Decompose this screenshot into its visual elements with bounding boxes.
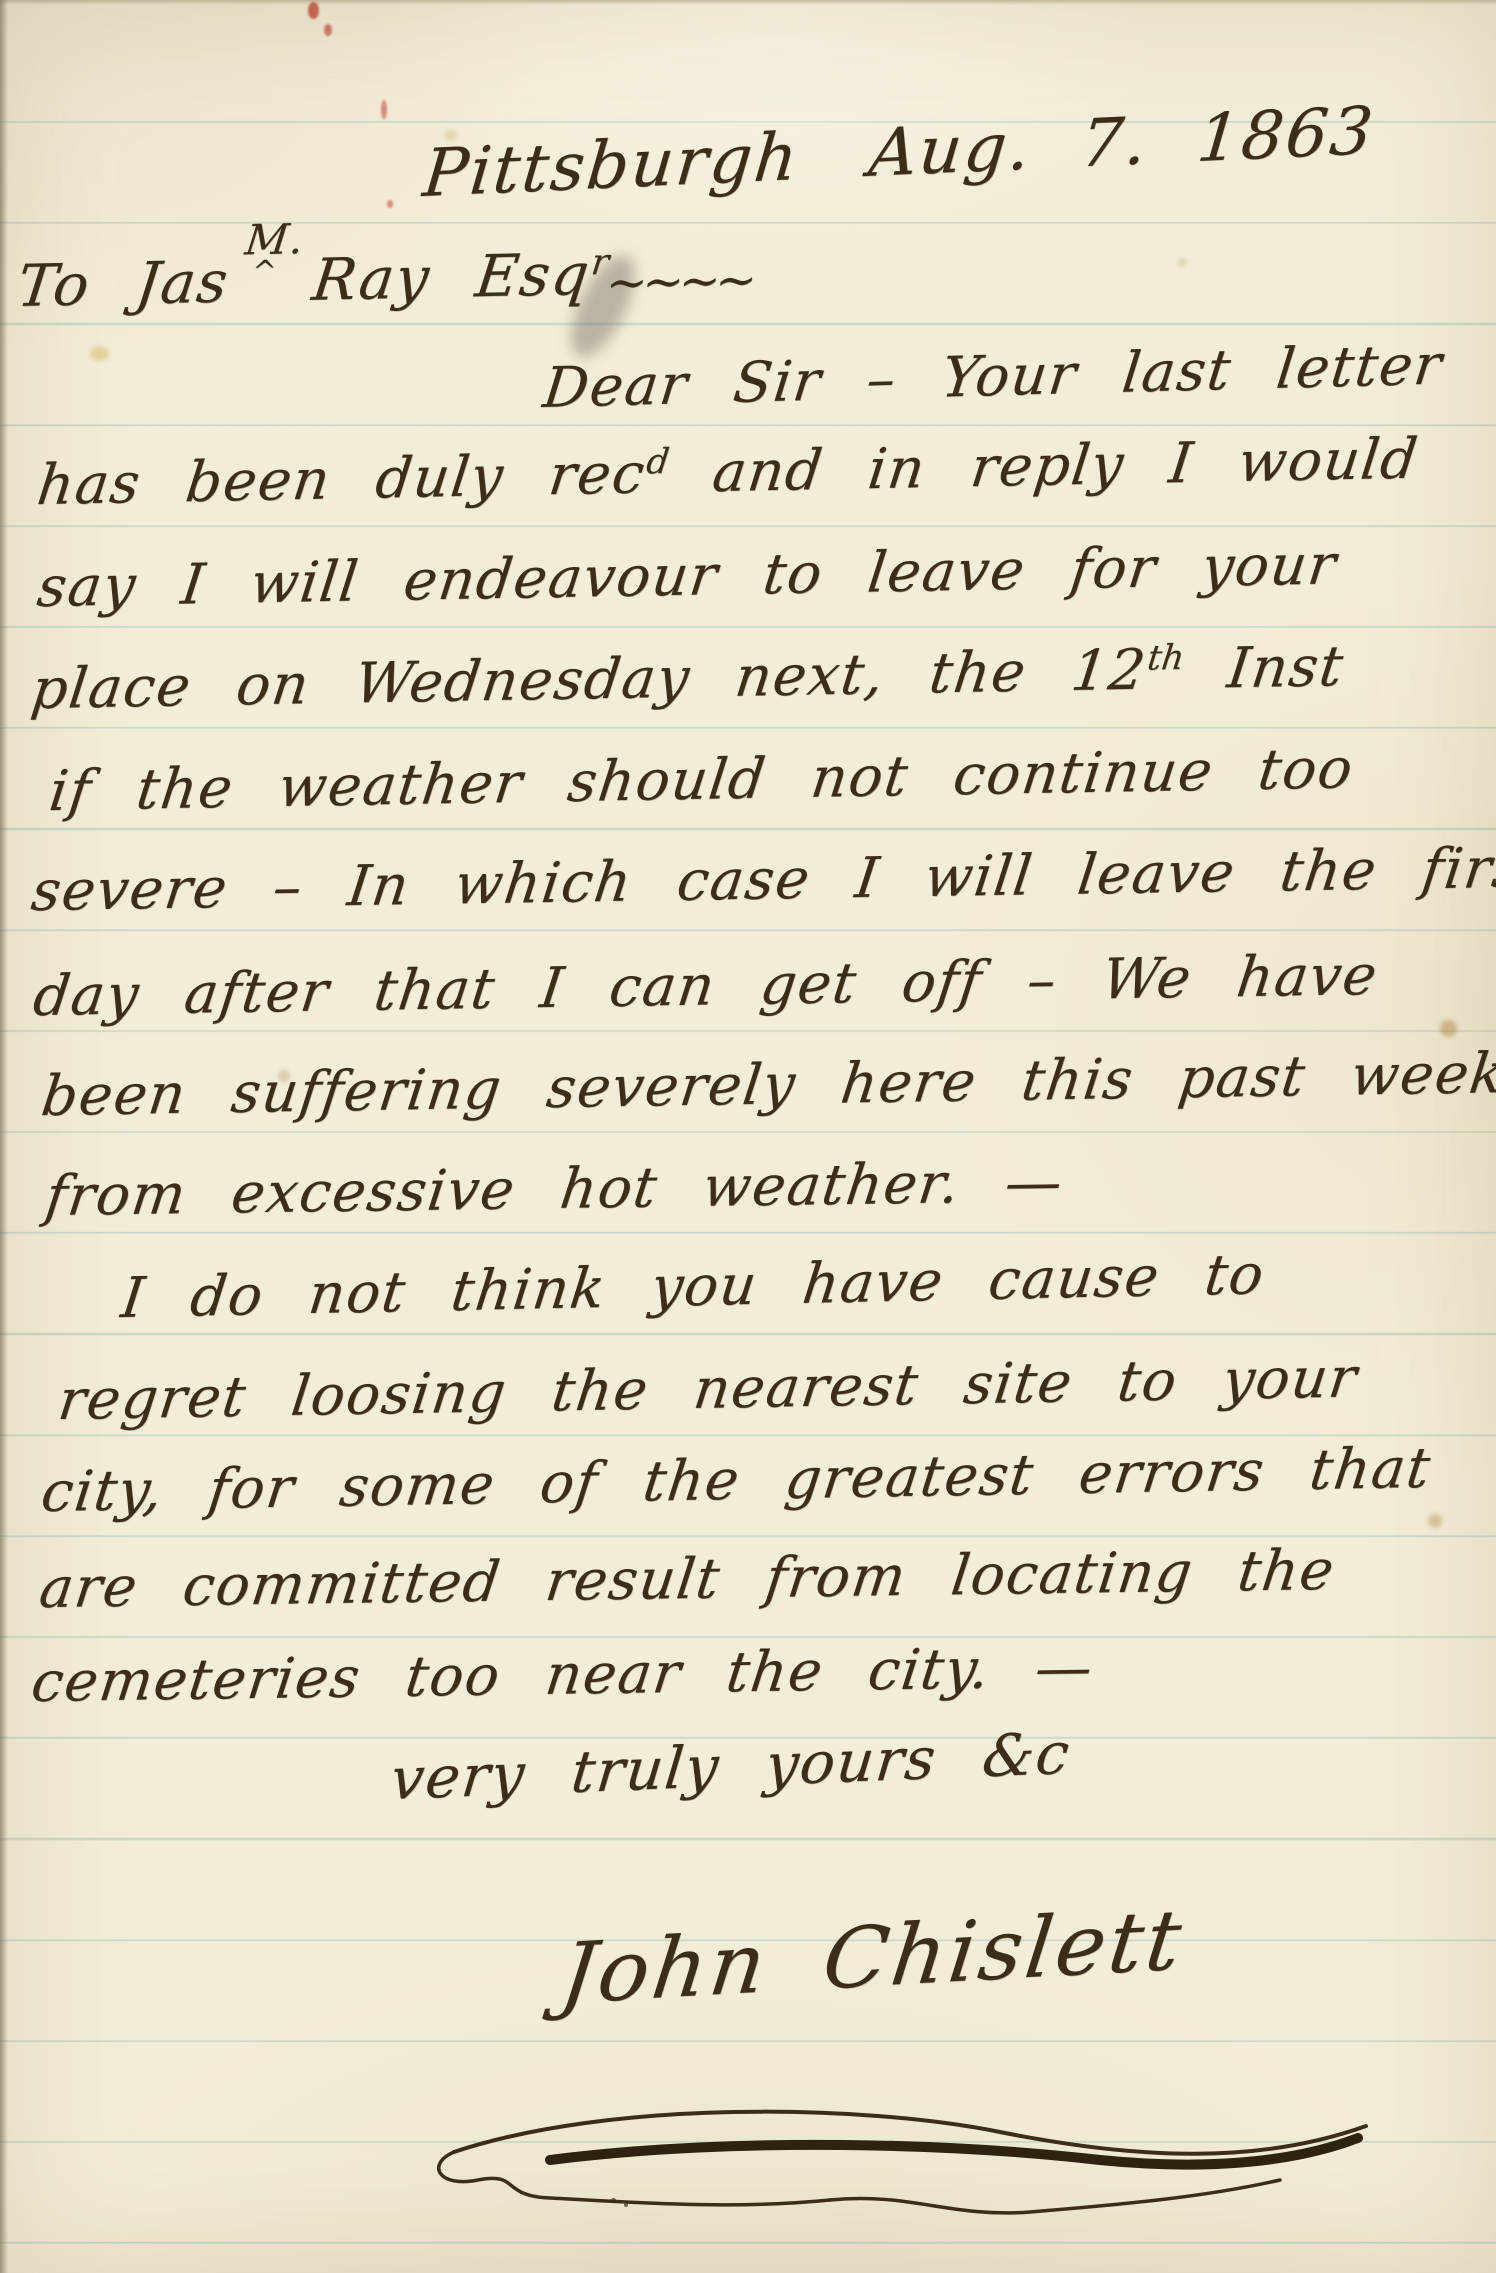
addressee-surname: Ray — [309, 243, 434, 313]
dateline-date: Aug. 7. 1863 — [866, 95, 1378, 190]
body-text: are committed result from locating the — [36, 1538, 1339, 1621]
foxing-spot — [1440, 1020, 1457, 1037]
letter-page: Pittsburgh Aug. 7. 1863 To JasM.^Ray Esq… — [0, 0, 1496, 2273]
addressee-honorific: Esq — [472, 240, 594, 310]
signature-flourish — [430, 2068, 1390, 2238]
dateline: Pittsburgh Aug. 7. 1863 — [420, 95, 1378, 210]
scan-edge-top — [0, 0, 1496, 5]
body-text: from excessive hot weather. — — [42, 1150, 1067, 1229]
body-text: regret loosing the nearest site to your — [55, 1345, 1362, 1433]
body-text: been suffering severely here this past w… — [38, 1041, 1496, 1129]
caret-mark: ^ — [250, 256, 280, 288]
body-line: regret loosing the nearest site to your — [55, 1347, 1361, 1431]
red-mark — [324, 24, 332, 36]
body-text: place on Wednesday next, the 12 — [28, 638, 1150, 722]
body-line: severe – In which case I will leave the … — [28, 837, 1496, 922]
body-text: and in reply I would — [664, 427, 1422, 506]
red-mark — [381, 100, 387, 119]
body-text: if the weather should not continue too — [46, 736, 1357, 824]
body-text: day after that I can get off – We have — [30, 943, 1382, 1029]
body-line: has been duly recd and in reply I would — [34, 429, 1422, 517]
body-text: severe – In which case I will leave the … — [28, 835, 1496, 924]
red-mark — [387, 200, 393, 208]
body-line: if the weather should not continue too — [46, 738, 1357, 822]
body-line: city, for some of the greatest errors th… — [38, 1438, 1435, 1524]
body-line: cemeteries too near the city. — — [28, 1637, 1097, 1713]
body-line: place on Wednesday next, the 12th Inst — [28, 636, 1347, 721]
foxing-spot — [1178, 258, 1187, 267]
body-text: say I will endeavour to leave for your — [34, 532, 1341, 620]
closing-line: very truly yours &c — [388, 1722, 1073, 1812]
body-text: I do not think you have cause to — [118, 1242, 1269, 1331]
body-line: been suffering severely here this past w… — [38, 1043, 1496, 1128]
dateline-place: Pittsburgh — [420, 121, 802, 210]
addressee-to: To Jas — [14, 248, 233, 320]
foxing-spot — [1428, 1514, 1442, 1528]
body-text: has been duly rec — [34, 441, 649, 518]
body-line: day after that I can get off – We have — [30, 945, 1382, 1028]
addressee-line: To JasM.^Ray Esqr~~~~ — [14, 233, 758, 319]
body-line: I do not think you have cause to — [118, 1244, 1268, 1330]
scan-edge-left — [0, 0, 8, 2273]
salutation-line: Dear Sir – Your last letter — [540, 335, 1446, 420]
body-text: cemeteries too near the city. — — [28, 1635, 1097, 1715]
body-line: are committed result from locating the — [36, 1540, 1339, 1620]
body-text: Inst — [1179, 634, 1348, 702]
signature: John Chislett — [556, 1894, 1189, 2021]
flourish-squiggle: ~~~~ — [603, 251, 756, 312]
superscript: th — [1145, 638, 1186, 679]
foxing-spot — [90, 346, 109, 361]
body-text: city, for some of the greatest errors th… — [38, 1436, 1435, 1525]
body-line: say I will endeavour to leave for your — [34, 534, 1340, 618]
inserted-initial: M.^ — [226, 242, 317, 302]
body-line: from excessive hot weather. — — [42, 1152, 1067, 1228]
